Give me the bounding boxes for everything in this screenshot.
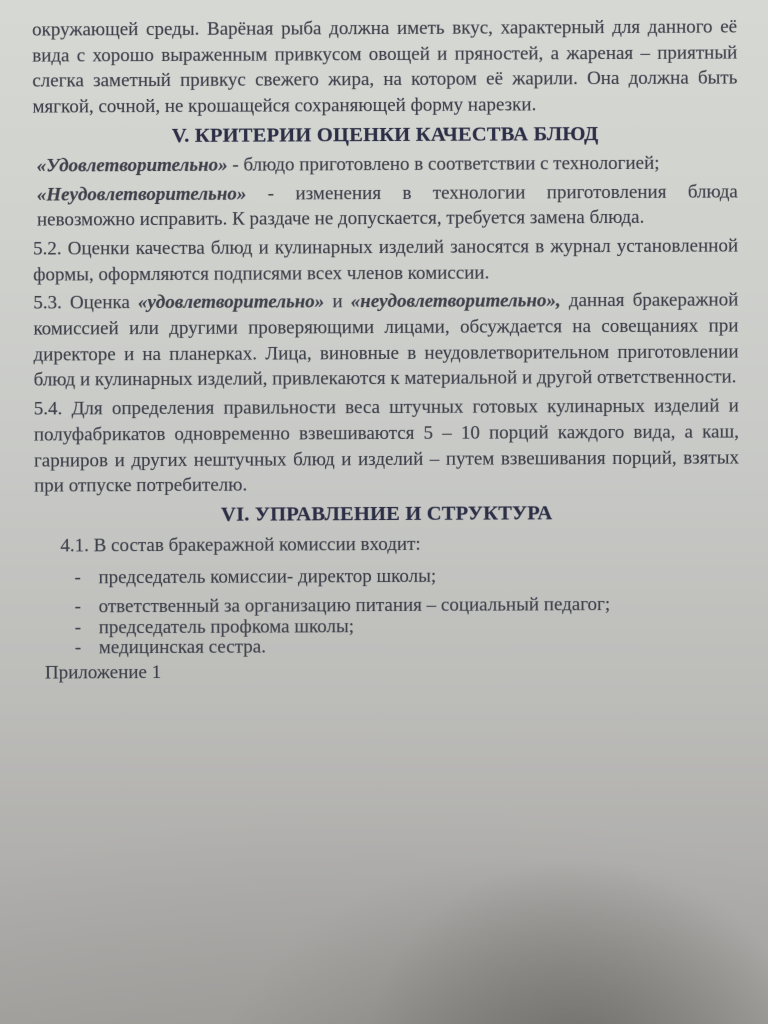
paragraph-4-1: 4.1. В состав бракеражной комиссии входи… (34, 530, 739, 559)
paragraph-5-2: 5.2. Оценки качества блюд и кулинарных и… (33, 233, 738, 287)
term-unsatisfactory-inline: «неудовлетворительно», (351, 291, 561, 313)
paragraph-unsatisfactory: «Неудовлетворительно» - изменения в техн… (33, 179, 738, 233)
paragraph-5-3: 5.3. Оценка «удовлетворительно» и «неудо… (33, 288, 738, 394)
term-unsatisfactory: «Неудовлетворительно» (37, 183, 247, 205)
list-item-label: председатель профкома школы; (99, 617, 354, 639)
bullet-dash: - (74, 568, 98, 589)
bullet-dash: - (75, 638, 99, 659)
list-item-label: медицинская сестра. (99, 638, 266, 659)
paragraph-5-3-start: 5.3. Оценка (33, 292, 138, 313)
paragraph-5-3-mid: и (324, 291, 351, 312)
bullet-dash: - (75, 597, 99, 618)
list-item-label: ответственный за организацию питания – с… (99, 595, 611, 618)
text-satisfactory: - блюдо приготовлено в соответствии с те… (228, 153, 660, 176)
section-v-heading: V. КРИТЕРИИ ОЦЕНКИ КАЧЕСТВА БЛЮД (33, 120, 738, 150)
paragraph-5-4: 5.4. Для определения правильности веса ш… (34, 394, 739, 500)
document-photo: окружающей среды. Варёная рыба должна им… (0, 0, 768, 1024)
bullet-dash: - (75, 618, 99, 639)
term-satisfactory: «Удовлетворительно» (37, 154, 228, 176)
list-item: - медицинская сестра. (35, 636, 740, 660)
list-item-label: председатель комиссии- директор школы; (98, 566, 436, 588)
appendix-label: Приложение 1 (35, 659, 740, 683)
list-item: - председатель комиссии- директор школы; (34, 565, 739, 589)
term-satisfactory-inline: «удовлетворительно» (138, 292, 324, 314)
paragraph-satisfactory: «Удовлетворительно» - блюдо приготовлено… (33, 150, 738, 179)
paragraph-fish-quality: окружающей среды. Варёная рыба должна им… (32, 14, 737, 120)
section-vi-heading: VI. УПРАВЛЕНИЕ И СТРУКТУРА (34, 499, 739, 529)
commission-members-list: - председатель комиссии- директор школы;… (34, 565, 739, 659)
document-page-text: окружающей среды. Варёная рыба должна им… (0, 0, 768, 686)
